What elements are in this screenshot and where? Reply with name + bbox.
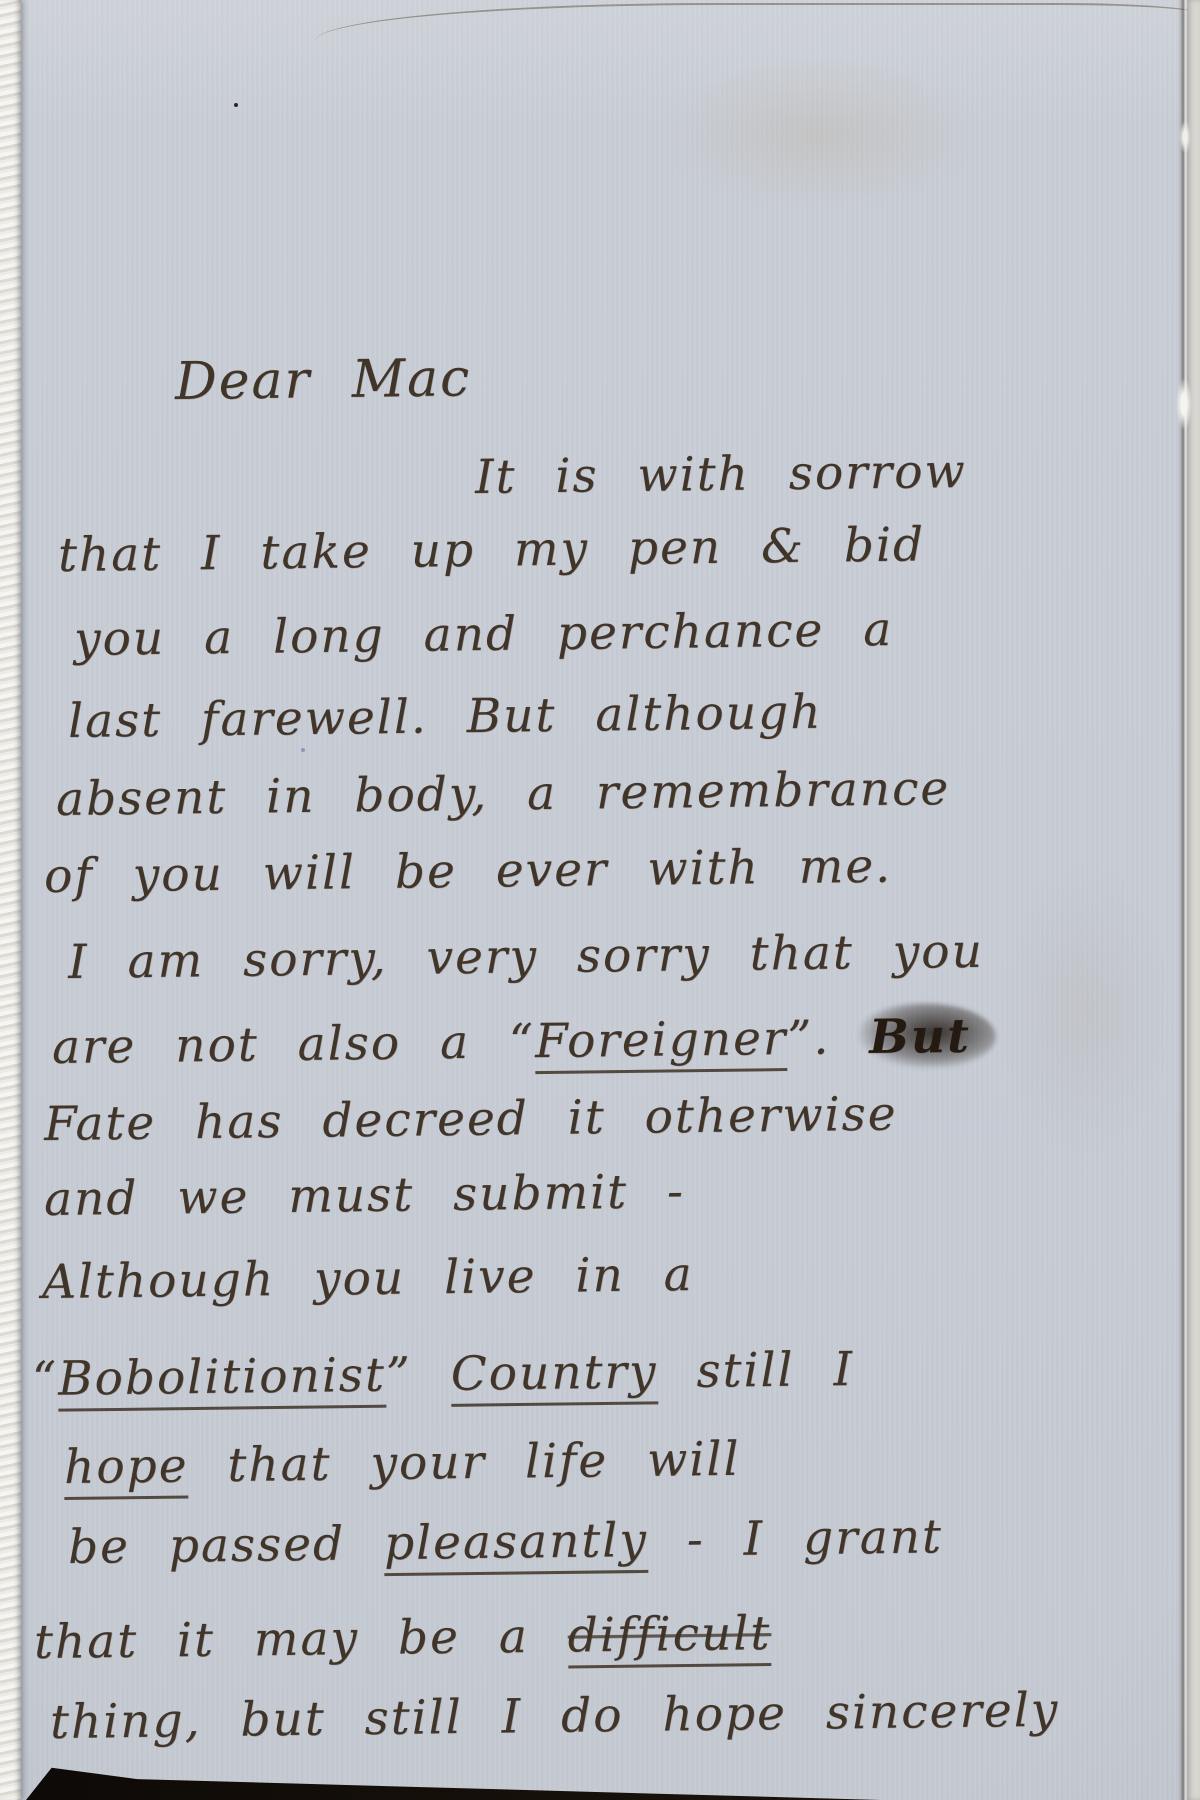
letter-text: It is with sorrow — [475, 444, 967, 505]
letter-line: are not also a “Foreigner”. But — [52, 1009, 971, 1075]
letter-line: of you will be ever with me. — [44, 839, 893, 904]
letter-line: last farewell. But although — [68, 685, 823, 749]
ink-blotted-word: But — [869, 1009, 971, 1065]
letter-text: ”. — [787, 1010, 870, 1066]
letter-line: Fate has decreed it otherwise — [44, 1087, 898, 1152]
letter-line: It is with sorrow — [475, 444, 967, 505]
letter-text: I am sorry, very sorry that you — [68, 924, 984, 990]
letter-text: be passed — [68, 1516, 385, 1575]
letter-line: that it may be a difficult — [34, 1606, 772, 1670]
letter-scan: Dear MacIt is with sorrowthat I take up … — [0, 0, 1200, 1800]
letter-body: Dear MacIt is with sorrowthat I take up … — [0, 0, 1200, 1800]
letter-text: you a long and perchance a — [74, 602, 894, 667]
letter-text: and we must submit - — [44, 1164, 685, 1227]
underlined-word: pleasantly — [384, 1513, 649, 1576]
letter-text: Fate has decreed it otherwise — [44, 1087, 898, 1152]
letter-text: still I — [657, 1342, 854, 1399]
letter-line: you a long and perchance a — [74, 602, 894, 667]
letter-line: Although you live in a — [42, 1247, 694, 1310]
letter-text: absent in body, a remembrance — [56, 761, 951, 827]
letter-text: Dear Mac — [175, 348, 472, 412]
letter-text: that your life will — [188, 1432, 741, 1494]
letter-text: that I take up my pen & bid — [58, 517, 926, 583]
underlined-word: Country — [450, 1344, 657, 1407]
letter-text: last farewell. But although — [68, 685, 823, 749]
edge-tear-notch — [1176, 378, 1192, 430]
underlined-word: hope — [64, 1438, 189, 1500]
page-right-crease — [1178, 0, 1187, 1800]
letter-line: be passed pleasantly - I grant — [68, 1509, 943, 1575]
letter-line: that I take up my pen & bid — [58, 517, 926, 583]
letter-line: I am sorry, very sorry that you — [68, 924, 984, 990]
letter-text: of you will be ever with me. — [44, 839, 893, 904]
underlying-page-edge — [1187, 0, 1200, 1800]
letter-text: are not also a “ — [52, 1014, 536, 1075]
letter-line: “Bobolitionist” Country still I — [32, 1342, 855, 1407]
letter-text: that it may be a — [34, 1608, 568, 1670]
edge-tear-notch — [1179, 120, 1191, 154]
underlined-word: Bobolitionist — [58, 1348, 387, 1412]
letter-line: hope that your life will — [64, 1432, 741, 1495]
underlined-word: difficult — [567, 1606, 771, 1668]
letter-line: thing, but still I do hope sincerely — [50, 1683, 1060, 1750]
letter-text: - I grant — [647, 1509, 943, 1568]
letter-line: and we must submit - — [44, 1164, 685, 1227]
letter-text: ” — [385, 1347, 451, 1403]
letter-line: absent in body, a remembrance — [56, 761, 951, 827]
letter-text: Although you live in a — [42, 1247, 694, 1310]
letter-line: Dear Mac — [175, 348, 472, 412]
underlined-word: Foreigner — [535, 1011, 788, 1074]
binding-tape-edge — [0, 0, 21, 1800]
letter-text: “ — [32, 1352, 59, 1407]
letter-text: thing, but still I do hope sincerely — [50, 1683, 1060, 1750]
